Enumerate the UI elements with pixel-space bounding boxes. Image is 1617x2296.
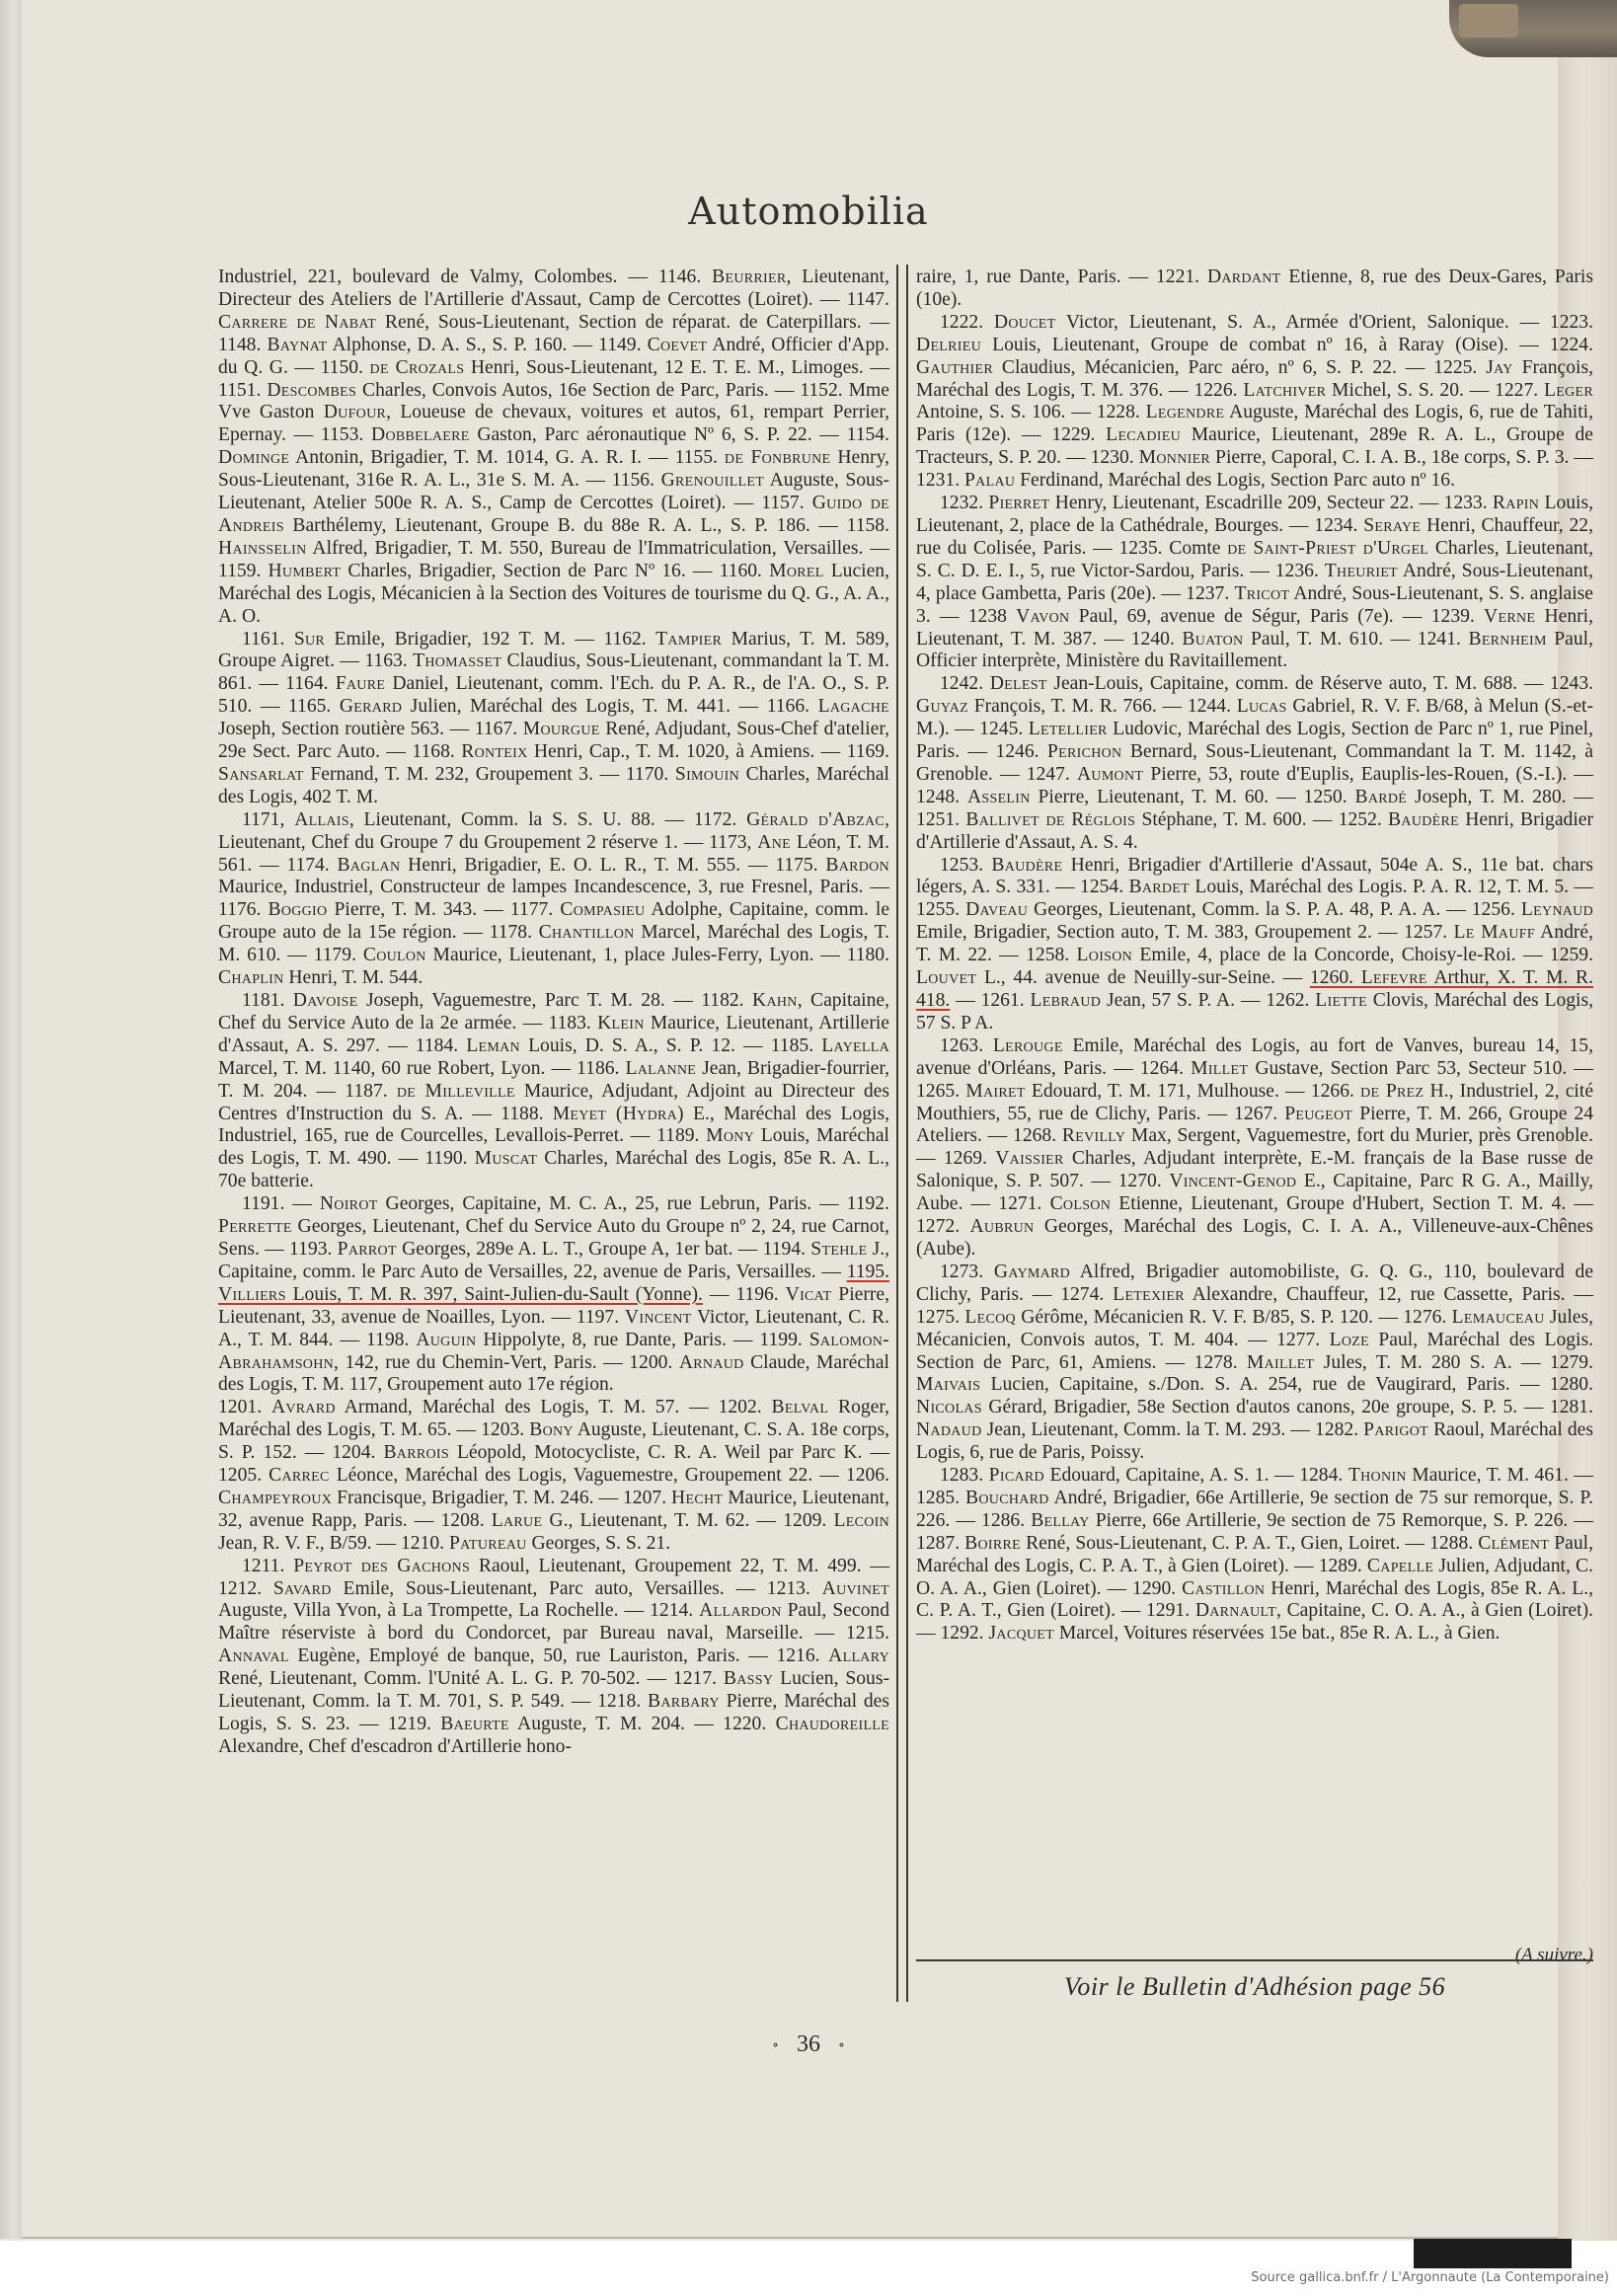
surname: Meyet (Hydra) <box>553 1104 684 1124</box>
surname: Lebraud <box>1031 990 1102 1011</box>
surname: Lalanne <box>626 1058 697 1079</box>
source-credit: Source gallica.bnf.fr / L'Argonnaute (La… <box>1251 2270 1609 2285</box>
surname: Bernheim <box>1468 629 1546 650</box>
surname: Jacquet <box>988 1623 1054 1644</box>
surname: Faure <box>336 673 386 694</box>
entry-text: 1211. <box>242 1556 293 1576</box>
ornament-ring-icon: ∘ <box>838 2038 845 2053</box>
entry-text: 1171, <box>242 809 294 830</box>
surname: Bellay <box>1031 1510 1089 1531</box>
entry-paragraph: 1253. Baudère Henri, Brigadier d'Artille… <box>916 855 1593 1035</box>
text-column-left: Industriel, 221, boulevard de Valmy, Col… <box>218 267 889 1759</box>
entry-paragraph: 1222. Doucet Victor, Lieutenant, S. A., … <box>916 312 1593 493</box>
entry-text: Edouard, T. M. 171, Mulhouse. — 1266. <box>1026 1081 1360 1102</box>
surname: Leman <box>466 1035 520 1056</box>
entry-text: Charles, Brigadier, Section de Parc Nº 1… <box>341 561 769 581</box>
surname: Ballivet de Réglois <box>965 809 1135 830</box>
entry-text: Pierre, Lieutenant, T. M. 60. — 1250. <box>1031 787 1355 807</box>
surname: Hecht <box>671 1488 723 1508</box>
surname: de Fonbrune <box>725 447 831 468</box>
surname: Theuriet <box>1325 561 1398 581</box>
surname: Descombes <box>267 380 356 401</box>
entry-text: — 1261. <box>950 990 1030 1011</box>
entry-paragraph: 1242. Delest Jean-Louis, Capitaine, comm… <box>916 673 1593 854</box>
highlighted-text: 1195. <box>847 1262 889 1282</box>
surname: Klein <box>597 1013 645 1033</box>
surname: Bardon <box>825 855 889 876</box>
entry-text: 1181. <box>242 990 293 1011</box>
binding-clip <box>1449 0 1617 57</box>
entry-text: Georges, S. S. 21. <box>527 1533 671 1554</box>
surname: Delrieu <box>916 335 981 355</box>
entry-text: Francisque, Brigadier, T. M. 246. — 1207… <box>332 1488 671 1508</box>
surname: Lefevre <box>1361 967 1427 988</box>
entry-text: 1201. <box>218 1397 271 1417</box>
surname: Vaissier <box>995 1148 1063 1169</box>
entry-paragraph: 1232. Pierret Henry, Lieutenant, Escadri… <box>916 493 1593 673</box>
surname: Vincent <box>625 1307 692 1328</box>
entry-text: Emile, 4, place de la Concorde, Choisy-l… <box>1132 945 1593 965</box>
surname: Nicolas <box>916 1397 982 1417</box>
surname: Larue <box>492 1510 543 1531</box>
surname: Stehle <box>810 1239 867 1260</box>
entry-text: Lucien, Capitaine, s./Don. S. A. 254, ru… <box>980 1374 1593 1395</box>
entry-text: Gaston, Parc aéronautique Nº 6, S. P. 22… <box>470 424 889 445</box>
entry-text: Jean-Louis, Capitaine, comm. de Réserve … <box>1047 673 1593 694</box>
surname: Savard <box>273 1578 332 1599</box>
surname: Thomasset <box>413 651 501 671</box>
surname: Revilly <box>1062 1125 1125 1146</box>
entry-paragraph: 1211. Peyrot des Gachons Raoul, Lieutena… <box>218 1556 889 1759</box>
surname: Ronteix <box>461 741 527 762</box>
surname: Belval <box>772 1397 829 1417</box>
surname: Baudère <box>991 855 1062 876</box>
surname: Dardant <box>1207 267 1281 287</box>
surname: Daveau <box>965 899 1028 920</box>
entry-text: Henry, Lieutenant, Escadrille 209, Secte… <box>1049 493 1493 513</box>
surname: Dufour <box>324 402 386 422</box>
entry-text: Gérôme, Mécanicien R. V. F. B/85, S. P. … <box>1016 1307 1452 1328</box>
surname: Chantillon <box>539 922 635 943</box>
entry-text: Gérard, Brigadier, 58e Section d'autos c… <box>982 1397 1593 1417</box>
surname: Nadaud <box>916 1419 982 1440</box>
entry-text: Alphonse, D. A. S., S. P. 160. — 1149. <box>327 335 647 355</box>
page-stack-edge <box>0 0 22 2239</box>
surname: Baynat <box>267 335 327 355</box>
entry-paragraph: 1201. Avrard Armand, Maréchal des Logis,… <box>218 1397 889 1555</box>
surname: Perrette <box>218 1216 292 1237</box>
surname: Barrois <box>383 1442 449 1463</box>
entry-text: Henri, Brigadier, E. O. L. R., T. M. 555… <box>400 855 825 876</box>
entry-text: 1161. <box>242 629 294 650</box>
entry-text: L., 44. avenue de Neuilly-sur-Seine. — <box>976 967 1310 988</box>
entry-text: Emile, Brigadier, Section auto, T. M. 38… <box>916 922 1453 943</box>
surname: Aumont <box>1077 764 1143 785</box>
surname: Rapin <box>1493 493 1539 513</box>
surname: Annaval <box>218 1645 289 1666</box>
entry-text: Antoine, S. S. 106. — 1228. <box>916 402 1146 422</box>
highlighted-text: Louis, T. M. R. 397, Saint-Julien-du-Sau… <box>286 1284 703 1305</box>
entry-text: Louis, D. S. A., S. P. 12. — 1185. <box>520 1035 821 1056</box>
binding-tab <box>1414 2239 1572 2268</box>
masthead-title: Automobilia <box>0 190 1617 233</box>
entry-text: Emile, Sous-Lieutenant, Parc auto, Versa… <box>332 1578 822 1599</box>
surname: Avrard <box>271 1397 336 1417</box>
surname: Letexier <box>1113 1284 1185 1305</box>
surname: Barbary <box>648 1691 720 1712</box>
surname: Auvinet <box>822 1578 889 1599</box>
surname: Chaplin <box>218 967 284 988</box>
surname: Gerard <box>340 696 402 717</box>
entry-text: Maurice, Lieutenant, 1, place Jules-Ferr… <box>426 945 889 965</box>
surname: Coevet <box>648 335 708 355</box>
surname: Latchiver <box>1243 380 1326 401</box>
surname: Bony <box>529 1419 574 1440</box>
entry-text: 1253. <box>940 855 991 876</box>
surname: Boggio <box>268 899 327 920</box>
entry-text: , Lieutenant, Comm. la S. S. U. 88. — 11… <box>349 809 746 830</box>
entry-text: Eugène, Employé de banque, 50, rue Lauri… <box>289 1645 828 1666</box>
entry-text: Joseph, Section routière 563. — 1167. <box>218 719 523 739</box>
surname: Lecoin <box>833 1510 889 1531</box>
surname: Sur <box>294 629 325 650</box>
entry-text: Fernand, T. M. 232, Groupement 3. — 1170… <box>304 764 675 785</box>
surname: Pierret <box>988 493 1049 513</box>
entry-text: G., Lieutenant, T. M. 62. — 1209. <box>542 1510 833 1531</box>
column-divider <box>896 265 908 2002</box>
surname: Buaton <box>1182 629 1243 650</box>
surname: Ane <box>757 832 791 853</box>
surname: Guyaz <box>916 696 968 717</box>
entry-paragraph: 1263. Lerouge Emile, Maréchal des Logis,… <box>916 1035 1593 1262</box>
entry-text: Jean, 57 S. P. A. — 1262. <box>1101 990 1315 1011</box>
entry-paragraph: raire, 1, rue Dante, Paris. — 1221. Dard… <box>916 267 1593 312</box>
surname: Grenouillet <box>661 470 765 491</box>
surname: Delest <box>990 673 1047 694</box>
surname: Peyrot des Gachons <box>293 1556 470 1576</box>
surname: Loze <box>1330 1330 1369 1350</box>
entry-text: Louis, Lieutenant, Groupe de combat nº 1… <box>981 335 1593 355</box>
surname: Loison <box>1077 945 1133 965</box>
entry-text: — 1196. <box>703 1284 786 1305</box>
surname: Lecadieu <box>1106 424 1181 445</box>
entry-text: 1191. — <box>242 1193 320 1214</box>
surname: Layella <box>821 1035 889 1056</box>
entry-text: 1232. <box>940 493 988 513</box>
ornament-ring-icon: ∘ <box>772 2038 779 2053</box>
surname: Mourgue <box>523 719 600 739</box>
entry-text: Alexandre, Chef d'escadron d'Artillerie … <box>218 1736 572 1757</box>
surname: Sansarlat <box>218 764 304 785</box>
surname: Liette <box>1315 990 1367 1011</box>
entry-text: Jules, T. M. 280 S. A. — 1279. <box>1314 1352 1593 1373</box>
surname: Arnaud <box>679 1352 744 1373</box>
surname: Seraye <box>1363 515 1421 536</box>
surname: Legendre <box>1146 402 1225 422</box>
surname: Millet <box>1191 1058 1248 1079</box>
surname: Allary <box>828 1645 889 1666</box>
entry-paragraph: 1283. Picard Edouard, Capitaine, A. S. 1… <box>916 1465 1593 1645</box>
surname: Jay <box>1486 357 1512 378</box>
surname: Tampier <box>655 629 722 650</box>
surname: Patureau <box>449 1533 527 1554</box>
surname: Leger <box>1544 380 1593 401</box>
surname: Lucas <box>1237 696 1287 717</box>
surname: Monnier <box>1139 447 1210 468</box>
surname: Lagache <box>818 696 889 717</box>
entry-paragraph: Industriel, 221, boulevard de Valmy, Col… <box>218 267 889 629</box>
surname: Bardet <box>1128 877 1190 897</box>
surname: de Prez <box>1360 1081 1424 1102</box>
surname: Clément <box>1478 1533 1549 1554</box>
entry-paragraph: 1171, Allais, Lieutenant, Comm. la S. S.… <box>218 809 889 990</box>
surname: Castillon <box>1182 1578 1265 1599</box>
entry-text: Hippolyte, 8, rue Dante, Paris. — 1199. <box>476 1330 808 1350</box>
surname: Noirot <box>320 1193 378 1214</box>
surname: Parrot <box>338 1239 397 1260</box>
entry-text: Michel, S. S. 20. — 1227. <box>1326 380 1544 401</box>
surname: Parigot <box>1363 1419 1428 1440</box>
surname: de Saint-Priest d'Urgel <box>1227 538 1428 559</box>
entry-text: Marcel, Voitures réservées 15e bat., 85e… <box>1054 1623 1500 1644</box>
surname: Mony <box>706 1125 754 1146</box>
entry-text: Marcel, T. M. 1140, 60 rue Robert, Lyon.… <box>218 1058 626 1079</box>
surname: Simouin <box>675 764 739 785</box>
footer-rule <box>916 1959 1593 1961</box>
surname: Davoise <box>293 990 358 1011</box>
surname: Peugeot <box>1284 1104 1352 1124</box>
entry-text: Antonin, Brigadier, T. M. 1014, G. A. R.… <box>289 447 725 468</box>
surname: Mairet <box>965 1081 1025 1102</box>
entry-paragraph: 1273. Gaymard Alfred, Brigadier automobi… <box>916 1262 1593 1465</box>
entry-text: Henri, Cap., T. M. 1020, à Amiens. — 116… <box>527 741 889 762</box>
entry-text: Stéphane, T. M. 600. — 1252. <box>1135 809 1388 830</box>
entry-text: Georges, 289e A. L. T., Groupe A, 1er ba… <box>397 1239 810 1260</box>
highlighted-text: 1260. <box>1310 967 1361 988</box>
surname: Bouchard <box>965 1488 1049 1508</box>
entry-text: 1273. <box>940 1262 994 1282</box>
surname: Bassy <box>724 1668 773 1689</box>
text-column-right: raire, 1, rue Dante, Paris. — 1221. Dard… <box>916 267 1593 1645</box>
surname: Maivais <box>916 1374 980 1395</box>
entry-text: Armand, Maréchal des Logis, T. M. 57. — … <box>336 1397 772 1417</box>
surname: Kahn <box>752 990 798 1011</box>
surname: Letellier <box>1029 719 1108 739</box>
entry-text: Industriel, 221, boulevard de Valmy, Col… <box>218 267 712 287</box>
entry-text: Emile, Brigadier, 192 T. M. — 1162. <box>325 629 655 650</box>
surname: Champeyroux <box>218 1488 332 1508</box>
surname: Baeurte <box>440 1714 509 1734</box>
surname: Baudère <box>1388 809 1459 830</box>
entry-text: Victor, Lieutenant, S. A., Armée d'Orien… <box>1056 312 1594 333</box>
entry-text: René, Lieutenant, Comm. l'Unité A. L. G.… <box>218 1668 724 1689</box>
surname: Morel <box>769 561 823 581</box>
surname: de Milleville <box>397 1081 515 1102</box>
surname: Lerouge <box>993 1035 1063 1056</box>
surname: Villiers <box>218 1284 286 1305</box>
surname: Thonin <box>1348 1465 1407 1486</box>
entry-text: 1263. <box>940 1035 993 1056</box>
entry-text: Georges, Lieutenant, Comm. la S. P. A. 4… <box>1028 899 1521 920</box>
entry-paragraph: 1191. — Noirot Georges, Capitaine, M. C.… <box>218 1193 889 1397</box>
entry-text: François, T. M. R. 766. — 1244. <box>968 696 1237 717</box>
surname: Muscat <box>475 1148 538 1169</box>
entry-text: Léonce, Maréchal des Logis, Vaguemestre,… <box>330 1465 889 1486</box>
surname: Palau <box>964 470 1015 491</box>
entry-text: Edouard, Capitaine, A. S. 1. — 1284. <box>1044 1465 1348 1486</box>
page-number: ∘36∘ <box>0 2031 1617 2058</box>
surname: Gauthier <box>916 357 993 378</box>
surname: Aubrun <box>969 1216 1034 1237</box>
entry-text: Barthélemy, Lieutenant, Groupe B. du 88e… <box>284 515 889 536</box>
surname: Compasieu <box>560 899 645 920</box>
entry-text: Georges, Capitaine, M. C. A., 25, rue Le… <box>378 1193 889 1214</box>
surname: Dominge <box>218 447 289 468</box>
surname: Boirre <box>964 1533 1021 1554</box>
surname: Louvet <box>916 967 976 988</box>
surname: Perichon <box>1047 741 1122 762</box>
surname: Maillet <box>1247 1352 1315 1373</box>
surname: Vavon <box>1016 606 1069 627</box>
surname: Carrere de Nabat <box>218 312 376 333</box>
entry-text: 1283. <box>940 1465 989 1486</box>
surname: de Crozals <box>370 357 465 378</box>
surname: Bardé <box>1354 787 1407 807</box>
surname: Lemauceau <box>1452 1307 1545 1328</box>
surname: Auguin <box>416 1330 476 1350</box>
entry-text: Auguste, T. M. 204. — 1220. <box>509 1714 776 1734</box>
surname: Beurrier <box>712 267 786 287</box>
entry-text: Auguste, Villa Yvon, à La Trompette, La … <box>218 1600 699 1621</box>
entry-text: Joseph, Vaguemestre, Parc T. M. 28. — 11… <box>358 990 752 1011</box>
page-number-value: 36 <box>797 2031 820 2057</box>
surname: Vicat <box>786 1284 832 1305</box>
continued-label: (A suivre.) <box>916 1945 1593 1966</box>
surname: Gaymard <box>994 1262 1070 1282</box>
surname: Colson <box>1050 1193 1112 1214</box>
entry-paragraph: 1161. Sur Emile, Brigadier, 192 T. M. — … <box>218 629 889 809</box>
entry-text: , 142, rue du Chemin-Vert, Paris. — 1200… <box>334 1352 679 1373</box>
surname: Tricot <box>1234 583 1289 604</box>
surname: Allardon <box>699 1600 781 1621</box>
surname: Dobbelaere <box>371 424 470 445</box>
surname: Asselin <box>967 787 1031 807</box>
surname: Chaudoreille <box>776 1714 889 1734</box>
surname: Darnault <box>1195 1600 1276 1621</box>
surname: Coulon <box>363 945 426 965</box>
surname: Picard <box>989 1465 1044 1486</box>
surname: Leynaud <box>1521 899 1593 920</box>
entry-text: 1242. <box>940 673 990 694</box>
entry-paragraph: 1181. Davoise Joseph, Vaguemestre, Parc … <box>218 990 889 1193</box>
entry-text: Claudius, Mécanicien, Parc aéro, nº 6, S… <box>993 357 1486 378</box>
surname: Le Mauff <box>1453 922 1534 943</box>
entry-text: René, Sous-Lieutenant, C. P. A. T., Gien… <box>1021 1533 1478 1554</box>
entry-text: raire, 1, rue Dante, Paris. — 1221. <box>916 267 1207 287</box>
surname: Allais <box>294 809 349 830</box>
entry-text: Jean, Lieutenant, Comm. la T. M. 293. — … <box>982 1419 1364 1440</box>
surname: Capelle <box>1367 1556 1433 1576</box>
surname: Hainsselin <box>218 538 306 559</box>
surname: Baglan <box>338 855 401 876</box>
entry-text: Julien, Maréchal des Logis, T. M. 441. —… <box>402 696 817 717</box>
entry-text: 1222. <box>940 312 994 333</box>
entry-text: Jean, R. V. F., B/59. — 1210. <box>218 1533 449 1554</box>
entry-text: Henri, T. M. 544. <box>284 967 423 988</box>
entry-text: Paul, 69, avenue de Ségur, Paris (7e). —… <box>1069 606 1484 627</box>
bulletin-note: Voir le Bulletin d'Adhésion page 56 <box>916 1972 1593 2002</box>
entry-text: Pierre, T. M. 343. — 1177. <box>327 899 560 920</box>
entry-text: Paul, T. M. 610. — 1241. <box>1243 629 1468 650</box>
surname: Gérald d'Abzac <box>746 809 885 830</box>
entry-text: Ferdinand, Maréchal des Logis, Section P… <box>1015 470 1455 491</box>
surname: Doucet <box>994 312 1056 333</box>
surname: Verne <box>1484 606 1535 627</box>
surname: Carrec <box>269 1465 330 1486</box>
surname: Humbert <box>268 561 341 581</box>
surname: Lecoq <box>964 1307 1016 1328</box>
surname: Vincent-Genod <box>1169 1171 1296 1191</box>
